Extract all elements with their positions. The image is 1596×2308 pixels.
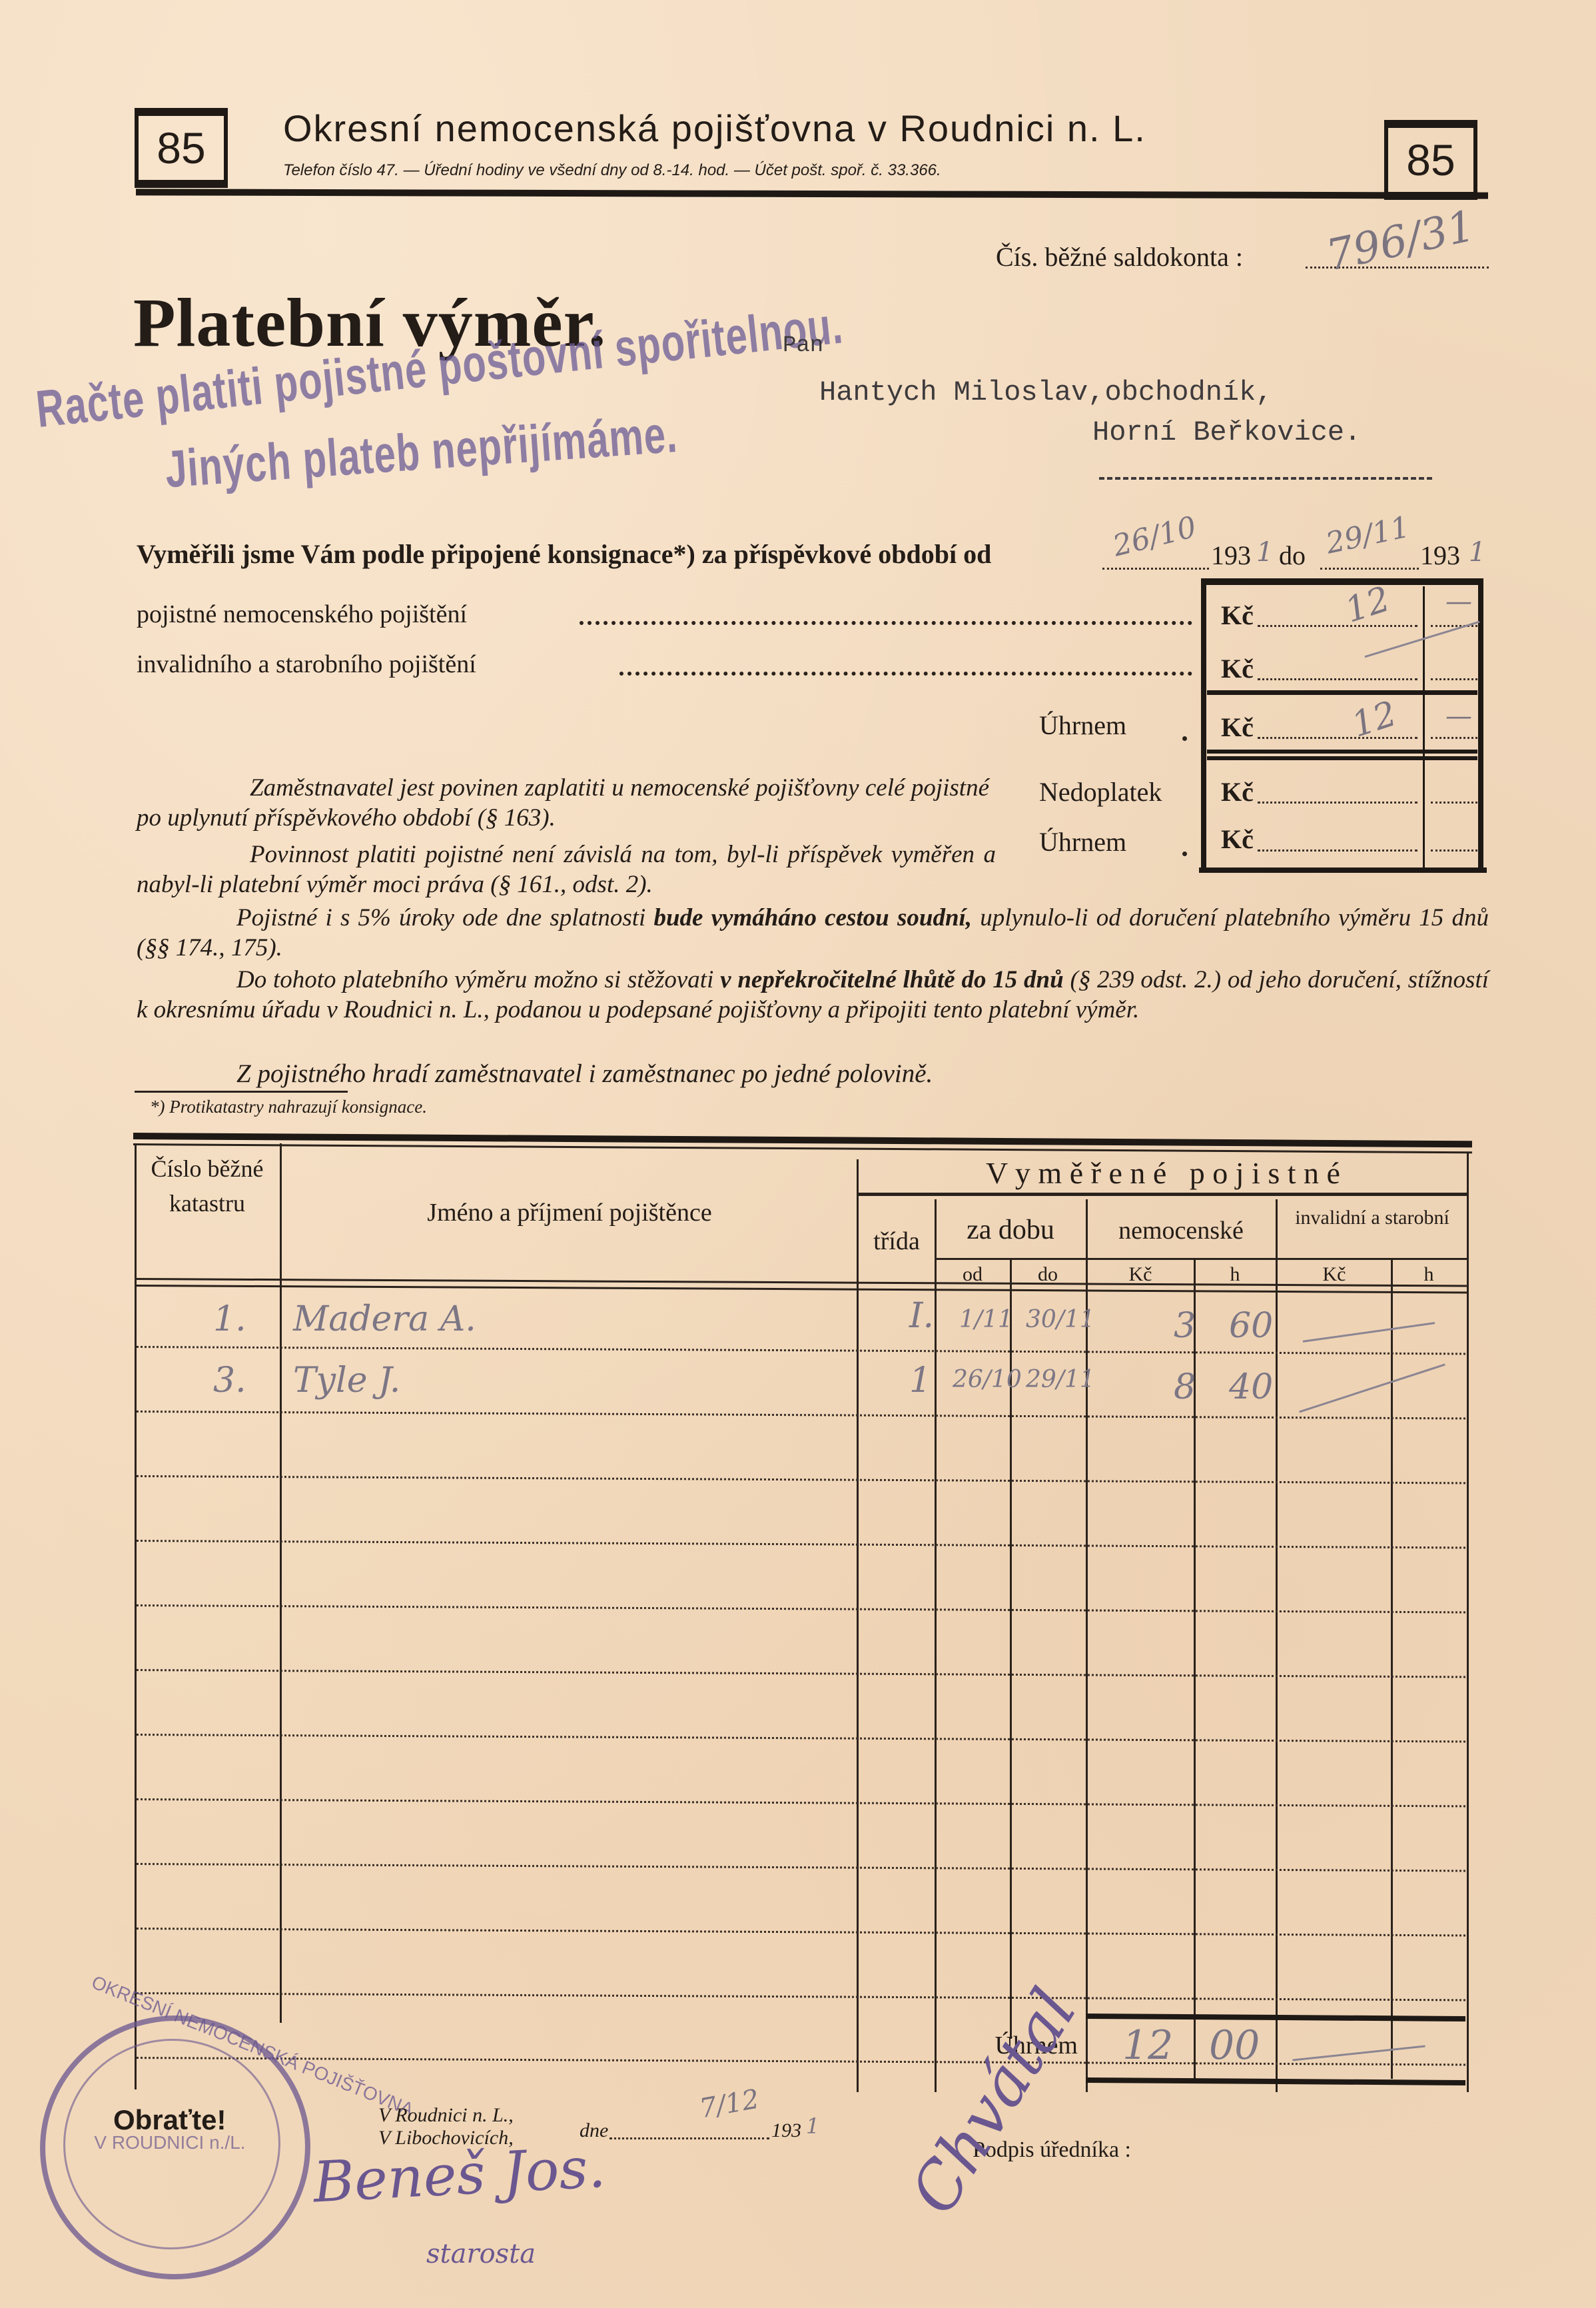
col-header-from: od [936, 1261, 1009, 1289]
row-line-2 [137, 1411, 1465, 1419]
col-header-sick-kc: Kč [1087, 1261, 1194, 1289]
row-2-to[interactable]: 29/11 [1026, 1366, 1095, 1393]
row-1-from[interactable]: 1/11 [959, 1306, 1013, 1333]
date-field [609, 2137, 769, 2139]
disability-insurance-leader [619, 672, 1192, 676]
period-to-field [1320, 568, 1419, 570]
summary-sep-1 [1207, 690, 1477, 695]
row-2-from[interactable]: 26/10 [953, 1366, 1022, 1393]
legal-paragraph-3: Pojistné i s 5% úroky ode dne splatnosti… [137, 903, 1489, 963]
summary-kc-field-1[interactable] [1258, 625, 1417, 627]
recipient-name[interactable]: Hantych Miloslav,obchodník, [819, 376, 1273, 408]
col-sep-number [280, 1143, 282, 2023]
col-sep-name [857, 1159, 859, 2092]
col-header-sick: nemocenské [1087, 1214, 1275, 1248]
col-header-class: třída [859, 1225, 934, 1259]
col-header-group: V y m ě ř e n é p o j i s t n é [859, 1153, 1467, 1194]
employer-signature-note: starosta [426, 2239, 536, 2269]
account-label: Čís. běžné saldokonta : [996, 241, 1243, 273]
disability-insurance-label: invalidního a starobního pojištění [137, 650, 476, 679]
summary-h-field-5[interactable] [1431, 850, 1477, 852]
summary-currency-4: Kč [1221, 776, 1254, 808]
row-2-class[interactable]: 1 [909, 1361, 931, 1401]
row-line-12 [137, 2057, 1465, 2065]
assessment-intro: Vyměřili jsme Vám podle připojené konsig… [137, 538, 991, 570]
footnote-rule [135, 1091, 348, 1093]
arrears-label: Nedoplatek [1039, 776, 1162, 808]
summary-h-field-2[interactable] [1431, 678, 1477, 680]
summary-box-divider [1423, 586, 1425, 869]
summary-kc-field-3[interactable] [1258, 737, 1417, 739]
summary-kc-field-4[interactable] [1258, 802, 1417, 804]
year-label: 193 [771, 2119, 801, 2143]
row-line-4 [137, 1540, 1465, 1548]
period-year-value-1[interactable]: 1 [1256, 537, 1273, 568]
summary-currency-3: Kč [1221, 712, 1254, 743]
table-total-kc[interactable]: 12 [1122, 2022, 1173, 2069]
footnote: *) Protikatastry nahrazují konsignace. [150, 1096, 427, 1118]
legal-paragraph-5: Z pojistného hradí zaměstnavatel i zaměs… [236, 1058, 933, 1090]
table-border-right [1467, 1153, 1469, 2092]
period-to-value[interactable]: 29/11 [1323, 510, 1413, 560]
legal-paragraph-2: Povinnost platiti pojistné není závislá … [137, 840, 996, 899]
col-header-to: do [1011, 1261, 1084, 1289]
summary-currency-1: Kč [1221, 600, 1254, 631]
row-2-name[interactable]: Tyle J. [293, 1361, 400, 1401]
row-1-number[interactable]: 1. [213, 1299, 246, 1339]
legal-p3-emphasis: bude vymáháno cestou soudní, [653, 904, 972, 931]
grand-total-label: Úhrnem [1039, 826, 1126, 858]
summary-h-value-1[interactable]: — [1445, 586, 1472, 617]
header-rule [136, 189, 1488, 199]
legal-p3-part-a: Pojistné i s 5% úroky ode dne splatnosti [236, 904, 653, 931]
recipient-salutation: Pan [783, 333, 823, 358]
summary-kc-field-5[interactable] [1258, 850, 1417, 852]
form-number-left: 85 [135, 108, 228, 188]
legal-paragraph-1: Zaměstnavatel jest povinen zaplatiti u n… [137, 773, 989, 833]
col-sep-class [935, 1199, 937, 2092]
col-header-inv-kc: Kč [1278, 1261, 1391, 1289]
summary-h-field-4[interactable] [1431, 802, 1477, 804]
period-to-label: do [1279, 540, 1306, 571]
row-2-sick-h[interactable]: 40 [1229, 1367, 1273, 1407]
col-header-number: Číslo běžné katastru [137, 1151, 278, 1221]
col-header-period: za dobu [936, 1211, 1085, 1249]
row-line-9 [137, 1863, 1465, 1872]
period-year-label-2: 193 [1420, 540, 1460, 571]
summary-sep-2a [1207, 750, 1477, 754]
row-2-number[interactable]: 3. [213, 1361, 246, 1401]
total-dot [1182, 736, 1187, 741]
sick-insurance-label: pojistné nemocenského pojištění [137, 600, 467, 629]
summary-h-field-3[interactable] [1431, 737, 1477, 739]
institution-name: Okresní nemocenská pojišťovna v Roudnici… [283, 107, 1146, 150]
total-label: Úhrnem [1039, 710, 1126, 741]
table-total-inv-strike [1292, 2045, 1425, 2061]
year-value[interactable]: 1 [806, 2113, 819, 2139]
period-from-value[interactable]: 26/10 [1110, 510, 1200, 563]
date-value[interactable]: 7/12 [697, 2084, 761, 2125]
col-sep-sick [1276, 1199, 1278, 2092]
row-1-name[interactable]: Madera A. [293, 1299, 476, 1339]
col-sep-to [1086, 1199, 1088, 2092]
official-signature[interactable]: Chvátal [896, 1976, 1091, 2227]
row-2-inv-strike [1299, 1364, 1445, 1413]
table-total-h[interactable]: 00 [1209, 2022, 1260, 2069]
contact-line: Telefon číslo 47. — Úřední hodiny ve vše… [283, 161, 941, 180]
period-year-value-2[interactable]: 1 [1469, 537, 1485, 568]
row-2-sick-kc[interactable]: 8 [1174, 1367, 1196, 1407]
sick-insurance-leader [580, 621, 1192, 625]
summary-currency-5: Kč [1221, 824, 1254, 855]
recipient-place[interactable]: Horní Beřkovice. [1092, 416, 1361, 448]
row-1-class[interactable]: I. [909, 1296, 934, 1336]
account-value[interactable]: 796/31 [1322, 201, 1479, 281]
row-line-11 [137, 1992, 1465, 2001]
turn-over-notice: Obraťte! [113, 2104, 226, 2136]
row-line-8 [137, 1798, 1465, 1807]
row-1-to[interactable]: 30/11 [1026, 1306, 1095, 1333]
row-1-sick-h[interactable]: 60 [1229, 1306, 1273, 1346]
summary-h-value-3[interactable]: — [1445, 701, 1472, 732]
row-line-6 [137, 1669, 1465, 1678]
row-line-1 [137, 1346, 1465, 1355]
row-1-inv-strike [1303, 1322, 1435, 1343]
subheader-rule [936, 1258, 1467, 1260]
grand-total-dot [1182, 852, 1187, 856]
summary-sep-3 [1199, 867, 1487, 873]
period-year-label-1: 193 [1211, 540, 1251, 571]
legal-p4-part-a: Do tohoto platebního výměru možno si stě… [236, 966, 720, 993]
row-line-5 [137, 1604, 1465, 1613]
row-line-7 [137, 1734, 1465, 1742]
row-line-10 [137, 1928, 1465, 1936]
period-from-field [1102, 568, 1209, 570]
summary-kc-field-2[interactable] [1258, 678, 1417, 680]
col-header-inv: invalidní a starobní [1279, 1205, 1465, 1231]
place-option-1: V Roudnici n. L., [378, 2104, 514, 2126]
summary-sep-2b [1207, 756, 1477, 760]
legal-paragraph-4: Do tohoto platebního výměru možno si stě… [137, 965, 1489, 1025]
col-header-inv-h: h [1392, 1261, 1465, 1289]
row-1-sick-kc[interactable]: 3 [1174, 1306, 1196, 1346]
legal-p4-emphasis: v nepřekročitelné lhůtě do 15 dnů [720, 966, 1064, 993]
summary-currency-2: Kč [1221, 653, 1254, 684]
recipient-underline [1099, 477, 1432, 480]
col-header-sick-h: h [1196, 1261, 1274, 1289]
form-number-right: 85 [1384, 120, 1477, 200]
row-line-3 [137, 1475, 1465, 1484]
col-header-name: Jméno a příjmení pojištěnce [283, 1196, 856, 1230]
employer-signature[interactable]: Beneš Jos. [312, 2135, 607, 2215]
